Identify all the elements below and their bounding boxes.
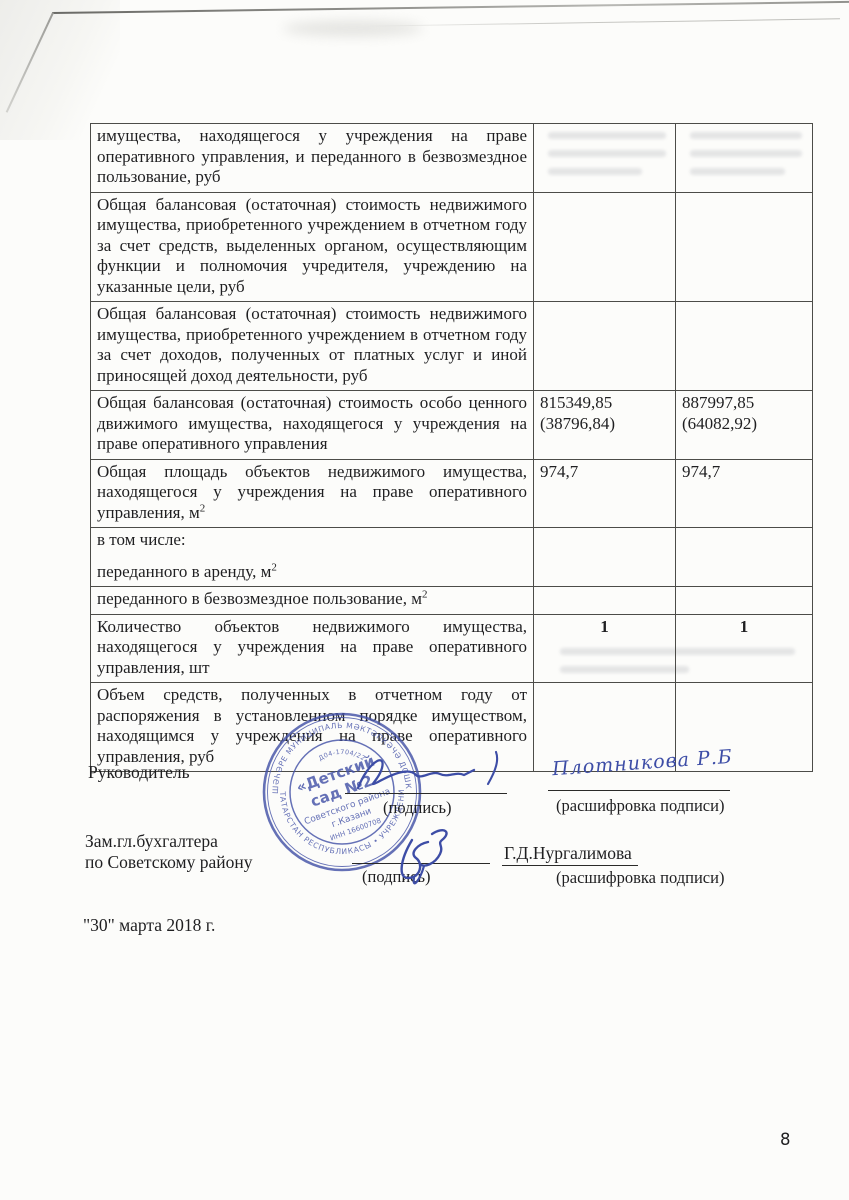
row-value-col2 xyxy=(676,192,813,302)
role-label-accountant-line1: Зам.гл.бухгалтера xyxy=(85,831,218,852)
row-label-line2: переданного в аренду, м2 xyxy=(97,562,527,583)
row-value-col2: 887997,85 (64082,92) xyxy=(676,391,813,460)
scan-top-edge xyxy=(52,1,849,14)
row-value-col1 xyxy=(534,528,676,587)
role-label-accountant-line2: по Советскому району xyxy=(85,852,252,873)
row-label: имущества, находящегося у учреждения на … xyxy=(91,124,534,193)
row-label-line1: в том числе: xyxy=(97,530,527,551)
row-label: переданного в безвозмездное пользование,… xyxy=(91,587,534,615)
table-row: Общая балансовая (остаточная) стоимость … xyxy=(91,192,813,302)
property-value-table: имущества, находящегося у учреждения на … xyxy=(90,123,813,772)
row-value-col1: 974,7 xyxy=(534,459,676,528)
role-label-director: Руководитель xyxy=(88,762,190,783)
row-label: Общая площадь объектов недвижимого имуще… xyxy=(91,459,534,528)
row-label: Общая балансовая (остаточная) стоимость … xyxy=(91,391,534,460)
row-label: Общая балансовая (остаточная) стоимость … xyxy=(91,302,534,391)
transcript-line-1 xyxy=(548,790,730,791)
row-value-col2 xyxy=(676,587,813,615)
transcript-caption-1: (расшифровка подписи) xyxy=(556,796,724,816)
row-label-text: Общая площадь объектов недвижимого имуще… xyxy=(97,462,527,522)
document-date: "30" марта 2018 г. xyxy=(83,915,215,936)
transcript-caption-2: (расшифровка подписи) xyxy=(556,868,724,888)
transcript-name-accountant: Г.Д.Нургалимова xyxy=(502,843,638,866)
handwritten-signature-accountant xyxy=(390,820,468,894)
unit-superscript: 2 xyxy=(422,588,428,600)
row-value-col1: 1 xyxy=(534,614,676,683)
table-row: переданного в безвозмездное пользование,… xyxy=(91,587,813,615)
row-value-col1 xyxy=(534,124,676,193)
scan-top-edge-faint xyxy=(360,18,840,27)
signature-caption-1: (подпись) xyxy=(383,798,452,818)
unit-superscript: 2 xyxy=(271,561,277,573)
row-value-col2 xyxy=(676,302,813,391)
row-value-col2: 1 xyxy=(676,614,813,683)
scanned-document-page: имущества, находящегося у учреждения на … xyxy=(0,0,849,1200)
table-row: имущества, находящегося у учреждения на … xyxy=(91,124,813,193)
row-value-col1: 815349,85 (38796,84) xyxy=(534,391,676,460)
table-row: Количество объектов недвижимого имуществ… xyxy=(91,614,813,683)
table-row: Общая площадь объектов недвижимого имуще… xyxy=(91,459,813,528)
row-value-col1 xyxy=(534,192,676,302)
table-row: Общая балансовая (остаточная) стоимость … xyxy=(91,391,813,460)
row-value-col1 xyxy=(534,587,676,615)
row-value-col1 xyxy=(534,302,676,391)
row-value-col2: 974,7 xyxy=(676,459,813,528)
handwritten-signature-director xyxy=(352,748,522,800)
row-label-text: переданного в аренду, м xyxy=(97,562,271,581)
row-label: в том числе: переданного в аренду, м2 xyxy=(91,528,534,587)
row-label-text: переданного в безвозмездное пользование,… xyxy=(97,589,422,608)
table-row: в том числе: переданного в аренду, м2 xyxy=(91,528,813,587)
scan-smudge xyxy=(283,21,423,36)
scan-corner-shade xyxy=(0,0,120,140)
table-row: Общая балансовая (остаточная) стоимость … xyxy=(91,302,813,391)
row-label: Количество объектов недвижимого имуществ… xyxy=(91,614,534,683)
page-number: 8 xyxy=(780,1130,791,1149)
row-value-col2 xyxy=(676,124,813,193)
row-label: Общая балансовая (остаточная) стоимость … xyxy=(91,192,534,302)
row-value-col2 xyxy=(676,528,813,587)
unit-superscript: 2 xyxy=(200,502,206,514)
